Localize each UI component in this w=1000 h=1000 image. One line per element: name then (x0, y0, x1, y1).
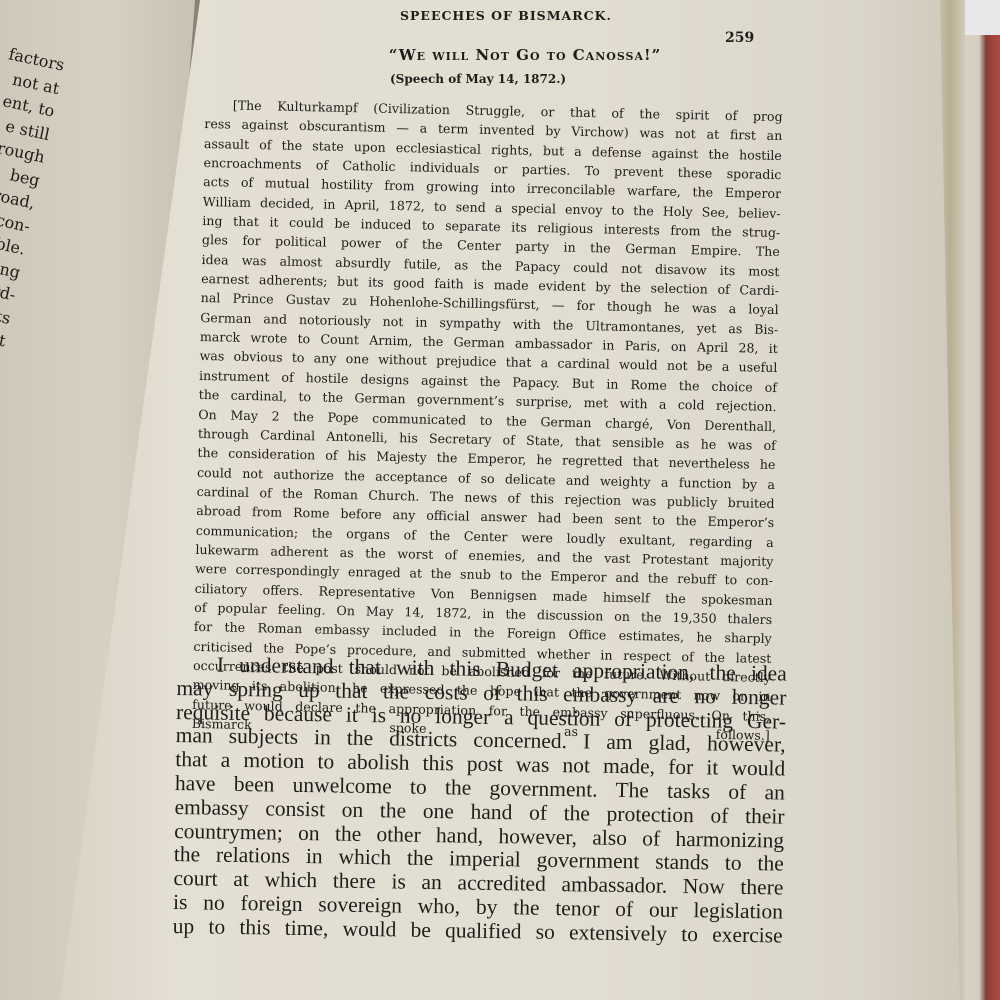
speech-date: (Speech of May 14, 1872.) (390, 72, 566, 86)
speech-body-paragraph: I understand that with this Budget appro… (173, 653, 787, 948)
speech-title: “We will Not Go to Canossa!” (265, 46, 785, 64)
background-red-book (965, 35, 1000, 1000)
intro-paragraph: [The Kulturkampf (Civilization Struggle,… (192, 95, 783, 745)
right-page-content: SPEECHES OF BISMARCK. 259 “We will Not G… (195, 0, 815, 1000)
running-head: SPEECHES OF BISMARCK. (400, 8, 612, 23)
page-number: 259 (725, 30, 754, 46)
left-page-text-fragments: factorsnot atent, toe stillroughbegroad,… (0, 40, 68, 445)
background-white-surface (960, 0, 1000, 35)
